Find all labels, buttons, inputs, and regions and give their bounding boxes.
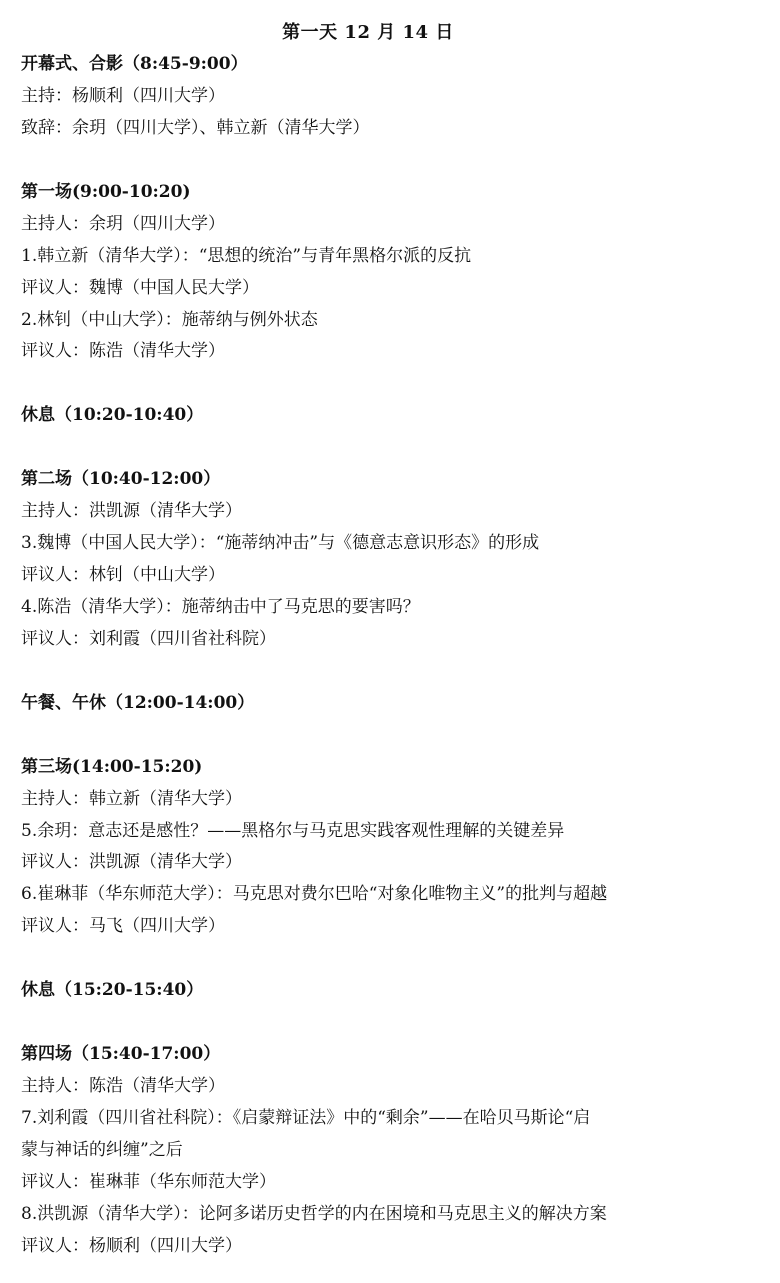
session-heading-4: 第四场（15:40-17:00） xyxy=(21,1039,761,1071)
talk-line: 8.洪凯源（清华大学）：论阿多诺历史哲学的内在困境和马克思主义的解决方案 xyxy=(21,1199,761,1231)
host-line: 主持人：洪凯源（清华大学） xyxy=(21,496,761,528)
talk-line-continuation: 蒙与神话的纠缠”之后 xyxy=(21,1135,761,1167)
break-heading: 休息（15:20-15:40） xyxy=(21,975,761,1007)
discussant-line: 评议人：杨顺利（四川大学） xyxy=(21,1231,761,1263)
discussant-line: 评议人：洪凯源（清华大学） xyxy=(21,847,761,879)
discussant-line: 评议人：陈浩（清华大学） xyxy=(21,336,761,368)
talk-line: 3.魏博（中国人民大学）：“施蒂纳冲击”与《德意志意识形态》的形成 xyxy=(21,528,761,560)
schedule-document: 开幕式、合影（8:45-9:00） 主持：杨顺利（四川大学） 致辞：余玥（四川大… xyxy=(21,49,761,1263)
session-heading-1: 第一场(9:00-10:20) xyxy=(21,177,761,209)
blank-line xyxy=(21,432,761,464)
session-heading-3: 第三场(14:00-15:20) xyxy=(21,752,761,784)
host-line: 主持人：陈浩（清华大学） xyxy=(21,1071,761,1103)
lunch-heading: 午餐、午休（12:00-14:00） xyxy=(21,688,761,720)
page-title: 第一天 12 月 14 日 xyxy=(0,18,736,48)
host-line: 主持人：余玥（四川大学） xyxy=(21,209,761,241)
break-heading: 休息（10:20-10:40） xyxy=(21,400,761,432)
blank-line xyxy=(21,368,761,400)
talk-line: 6.崔琳菲（华东师范大学）：马克思对费尔巴哈“对象化唯物主义”的批判与超越 xyxy=(21,879,761,911)
discussant-line: 评议人：林钊（中山大学） xyxy=(21,560,761,592)
host-line: 主持：杨顺利（四川大学） xyxy=(21,81,761,113)
talk-line: 4.陈浩（清华大学）：施蒂纳击中了马克思的要害吗？ xyxy=(21,592,761,624)
blank-line xyxy=(21,720,761,752)
talk-line: 5.余玥：意志还是感性？——黑格尔与马克思实践客观性理解的关键差异 xyxy=(21,816,761,848)
talk-line: 2.林钊（中山大学）：施蒂纳与例外状态 xyxy=(21,305,761,337)
blank-line xyxy=(21,145,761,177)
session-heading-opening: 开幕式、合影（8:45-9:00） xyxy=(21,49,761,81)
talk-line: 1.韩立新（清华大学）：“思想的统治”与青年黑格尔派的反抗 xyxy=(21,241,761,273)
discussant-line: 评议人：崔琳菲（华东师范大学） xyxy=(21,1167,761,1199)
host-line: 主持人：韩立新（清华大学） xyxy=(21,784,761,816)
blank-line xyxy=(21,1007,761,1039)
speech-line: 致辞：余玥（四川大学）、韩立新（清华大学） xyxy=(21,113,761,145)
discussant-line: 评议人：马飞（四川大学） xyxy=(21,911,761,943)
discussant-line: 评议人：刘利霞（四川省社科院） xyxy=(21,624,761,656)
blank-line xyxy=(21,656,761,688)
blank-line xyxy=(21,943,761,975)
discussant-line: 评议人：魏博（中国人民大学） xyxy=(21,273,761,305)
session-heading-2: 第二场（10:40-12:00） xyxy=(21,464,761,496)
talk-line: 7.刘利霞（四川省社科院）：《启蒙辩证法》中的“剩余”——在哈贝马斯论“启 xyxy=(21,1103,761,1135)
